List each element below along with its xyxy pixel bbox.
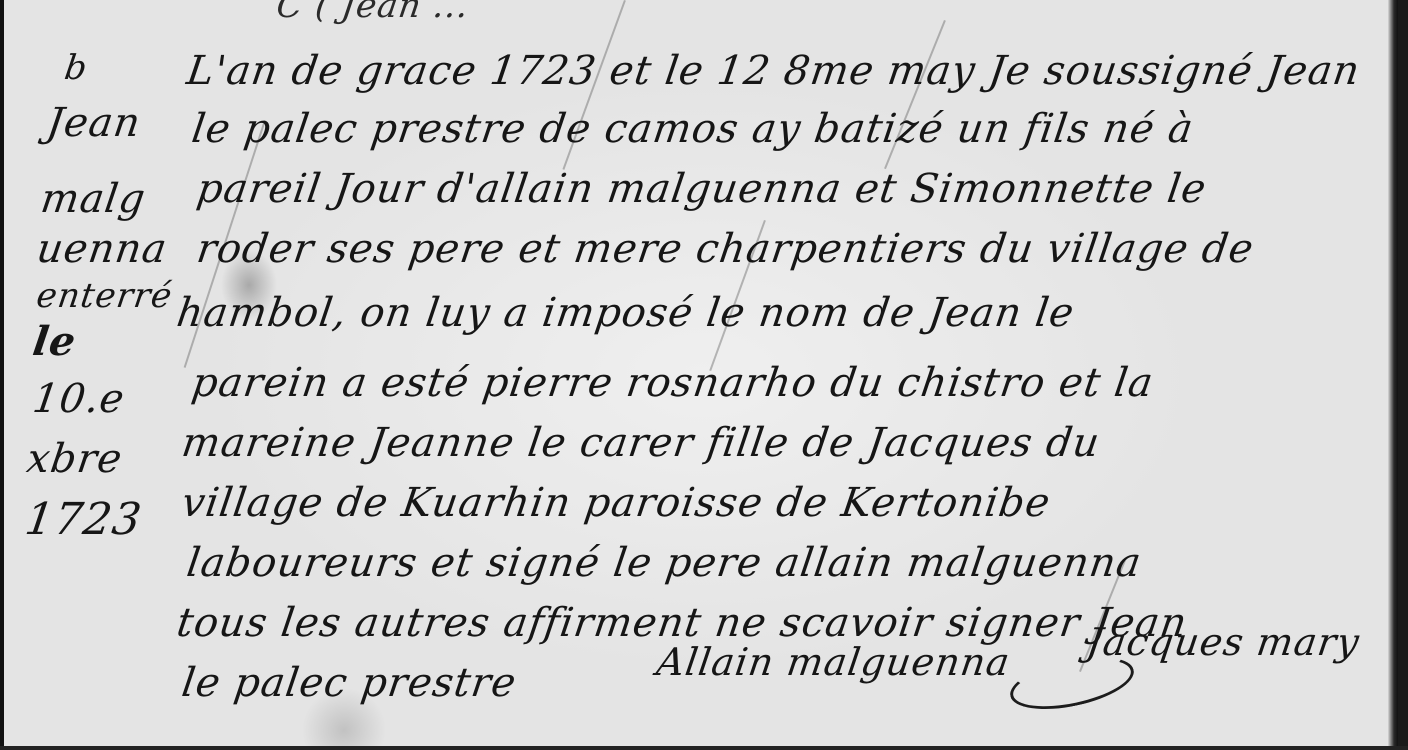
page-edge-shadow	[1388, 0, 1398, 746]
signature-father: Allain malguenna	[654, 640, 1013, 684]
scanned-register-page: C ( Jean ... b Jean malg uenna enterré l…	[0, 0, 1398, 746]
margin-name-line-1: Jean	[44, 100, 144, 146]
signature-flourish	[1006, 647, 1139, 718]
body-line-7: mareine Jeanne le carer fille de Jacques…	[179, 420, 1103, 466]
margin-year: 1723	[22, 494, 145, 545]
body-line-6: parein a esté pierre rosnarho du chistro…	[189, 360, 1157, 406]
body-line-11: le palec prestre	[179, 660, 519, 706]
margin-month: xbre	[24, 436, 125, 482]
body-line-1: L'an de grace 1723 et le 12 8me may Je s…	[184, 48, 1363, 94]
body-line-2: le palec prestre de camos ay batizé un f…	[189, 106, 1196, 152]
scan-bottom-border	[0, 746, 1408, 750]
margin-name-line-3: uenna	[34, 226, 170, 272]
body-line-3: pareil Jour d'allain malguenna et Simonn…	[194, 166, 1209, 212]
signature-witness: Jacques mary	[1084, 620, 1363, 664]
margin-day: 10.e	[30, 376, 128, 422]
body-line-9: laboureurs et signé le pere allain malgu…	[184, 540, 1145, 586]
header-fragment: C ( Jean ...	[274, 0, 472, 26]
margin-name-line-2: malg	[38, 176, 149, 222]
body-line-5: hambol, on luy a imposé le nom de Jean l…	[174, 290, 1077, 336]
margin-mark: b	[62, 48, 90, 88]
body-line-8: village de Kuarhin paroisse de Kertonibe	[179, 480, 1054, 526]
body-line-4: roder ses pere et mere charpentiers du v…	[194, 226, 1257, 272]
margin-burial-note: enterré	[34, 276, 175, 316]
margin-abbrev: le	[30, 318, 79, 365]
